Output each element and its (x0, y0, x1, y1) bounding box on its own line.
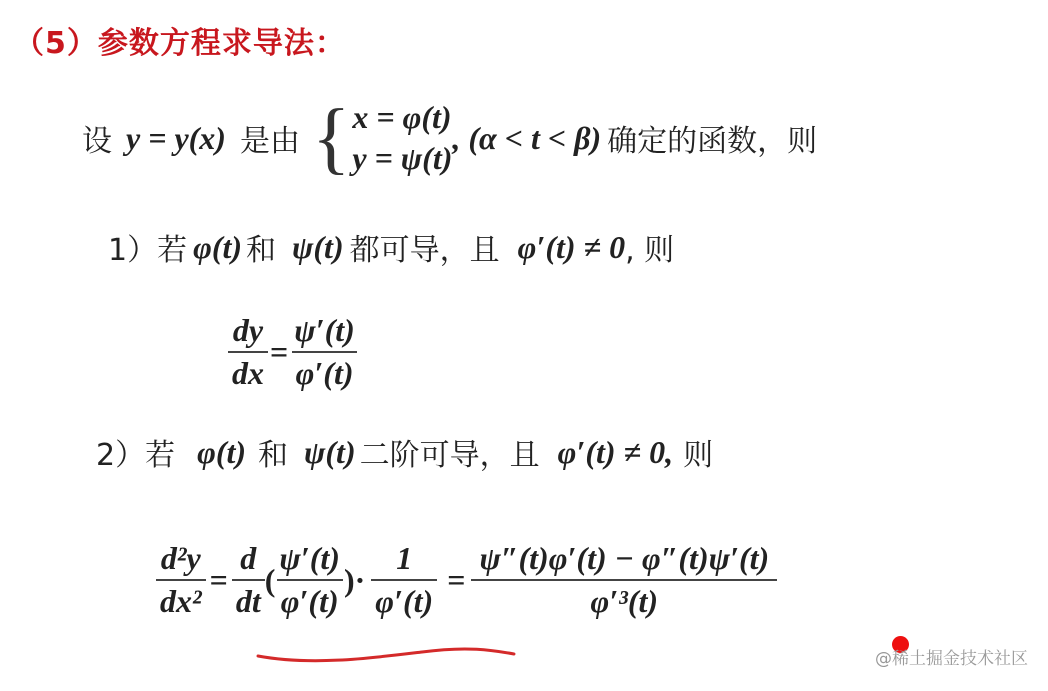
intro-prefix: 设 (82, 116, 112, 160)
frac-num: d²y (157, 540, 205, 579)
dot-operator: · (355, 562, 366, 599)
case2-phi: φ(t) (197, 434, 246, 471)
frac-num: dy (229, 312, 267, 351)
intro-suffix: 确定的函数，则 (607, 116, 817, 160)
frac-den: dt (232, 579, 265, 620)
frac-num: ψ′(t) (275, 540, 344, 579)
result-fraction: ψ″(t)φ′(t) − φ″(t)ψ′(t) φ′³(t) (475, 540, 773, 620)
case2-then: 则 (683, 430, 713, 474)
inner-fraction: ψ′(t) φ′(t) (275, 540, 344, 620)
frac-den: φ′(t) (292, 351, 358, 392)
equals-sign: = (447, 562, 465, 599)
case1-cond: 都可导，且 (350, 225, 500, 269)
case2-line: 2）若 φ(t) 和 ψ(t) 二阶可导，且 φ′(t) ≠ 0, 则 (96, 430, 713, 474)
case2-and: 和 (258, 430, 288, 474)
equals-sign: = (270, 334, 288, 371)
equation-system: x = φ(t) y = ψ(t) (352, 99, 452, 177)
frac-num: d (236, 540, 260, 579)
case2-cond: 二阶可导，且 (360, 430, 540, 474)
dy-dx-fraction: dy dx (228, 312, 268, 392)
case1-line: 1）若 φ(t) 和 ψ(t) 都可导，且 φ′(t) ≠ 0 , 则 (108, 225, 674, 269)
case2-psi: ψ(t) (304, 434, 356, 471)
case1-label: 1）若 (108, 225, 187, 269)
section-title: （5）参数方程求导法： (14, 18, 346, 62)
param-range: , (α < t < β) (452, 120, 601, 157)
case2-label: 2）若 (96, 430, 175, 474)
right-paren: ) (344, 562, 355, 599)
case1-and: 和 (246, 225, 276, 269)
red-underline-annotation (252, 640, 522, 670)
case2-neq: φ′(t) ≠ 0, (558, 434, 673, 471)
case1-phi: φ(t) (193, 229, 242, 266)
psi-phi-fraction: ψ′(t) φ′(t) (290, 312, 359, 392)
frac-den: dx (228, 351, 268, 392)
frac-num: 1 (392, 540, 416, 579)
left-paren: ( (265, 562, 276, 599)
case1-formula: dy dx = ψ′(t) φ′(t) (228, 312, 359, 392)
system-y: y = ψ(t) (352, 140, 452, 177)
one-over-fraction: 1 φ′(t) (371, 540, 437, 620)
left-brace-icon: { (312, 98, 350, 178)
intro-mid: 是由 (240, 116, 300, 160)
frac-den: dx² (156, 579, 206, 620)
intro-line: 设 y = y(x) 是由 { x = φ(t) y = ψ(t) , (α <… (82, 88, 817, 188)
frac-den: φ′(t) (371, 579, 437, 620)
case2-formula: d²y dx² = d dt ( ψ′(t) φ′(t) ) · 1 φ′(t)… (156, 540, 773, 620)
system-x: x = φ(t) (352, 99, 452, 136)
frac-den: φ′(t) (277, 579, 343, 620)
case1-then: , 则 (625, 225, 674, 269)
case1-psi: ψ(t) (292, 229, 344, 266)
equals-sign: = (210, 562, 228, 599)
case1-neq: φ′(t) ≠ 0 (518, 229, 625, 266)
d-dt-fraction: d dt (232, 540, 265, 620)
frac-num: ψ″(t)φ′(t) − φ″(t)ψ′(t) (475, 540, 773, 579)
watermark: @稀土掘金技术社区 (875, 644, 1028, 669)
frac-num: ψ′(t) (290, 312, 359, 351)
frac-den: φ′³(t) (471, 579, 777, 620)
d2y-dx2-fraction: d²y dx² (156, 540, 206, 620)
intro-func: y = y(x) (126, 120, 226, 157)
